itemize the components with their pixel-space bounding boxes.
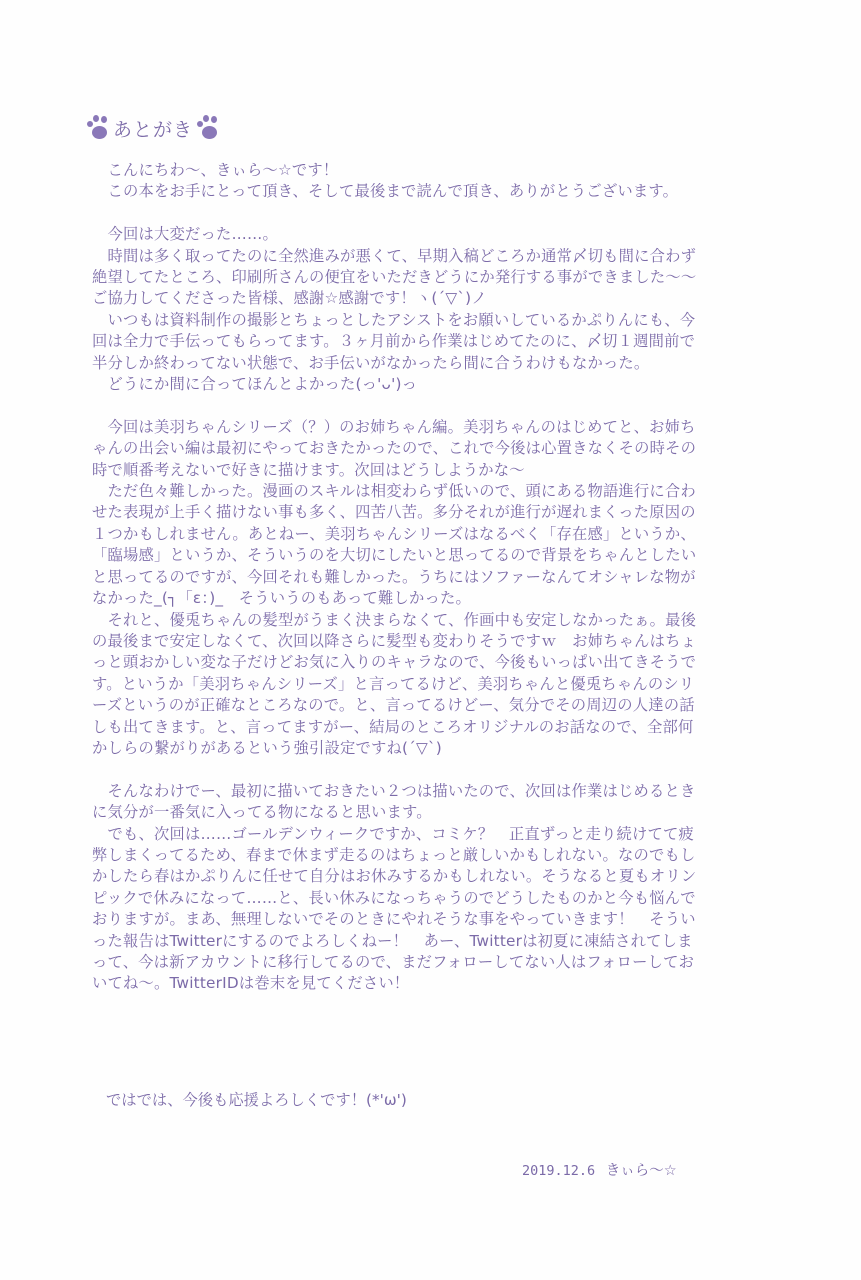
text-line: 回は全力で手伝ってもらってます。３ヶ月前から作業はじめてたのに、〆切１週間前で [92, 331, 732, 352]
text-line: 半分しか終わってない状態で、お手伝いがなかったら間に合うわけもなかった。 [92, 353, 732, 374]
text-line: と思ってるのですが、今回それも難しかった。うちにはソファーなんてオシャレな物が [92, 567, 732, 588]
text-line: この本をお手にとって頂き、そして最後まで読んで頂き、ありがとうございます。 [92, 181, 732, 202]
text-line: 今回は大変だった……。 [92, 224, 732, 245]
text-line: 弊しまくってるため、春まで休まず走るのはちょっと厳しいかもしれない。なのでもし [92, 845, 732, 866]
text-line: 今回は美羽ちゃんシリーズ（？）のお姉ちゃん編。美羽ちゃんのはじめてと、お姉ち [92, 417, 732, 438]
paw-icon [196, 115, 220, 141]
text-line: なかった_(┐「ε：)_ そういうのもあって難しかった。 [92, 588, 732, 609]
afterword-page: あとがき こんにちわ〜、きぃら〜☆です！ この本をお手にとって頂き、そして最後ま… [0, 0, 861, 1280]
text-line: ただ色々難しかった。漫画のスキルは相変わらず低いので、頭にある物語進行に合わ [92, 481, 732, 502]
paragraph-gap [92, 203, 732, 224]
paragraph: 今回は美羽ちゃんシリーズ（？）のお姉ちゃん編。美羽ちゃんのはじめてと、お姉ちゃん… [92, 417, 732, 760]
afterword-heading: あとがき [86, 113, 220, 143]
signature-date: 2019.12.6 [522, 1163, 595, 1179]
text-line: 時間は多く取ってたのに全然進みが悪くて、早期入稿どころか通常〆切も間に合わず [92, 246, 732, 267]
text-line: 「臨場感」というか、そういうのを大切にしたいと思ってるので背景をちゃんとしたい [92, 545, 732, 566]
text-line: こんにちわ〜、きぃら〜☆です！ [92, 160, 732, 181]
paragraph-gap [92, 759, 732, 780]
text-line: それと、優兎ちゃんの髪型がうまく決まらなくて、作画中も安定しなかったぁ。最後 [92, 610, 732, 631]
signature-name: きぃら〜☆ [606, 1163, 677, 1179]
paragraph: 今回は大変だった……。 時間は多く取ってたのに全然進みが悪くて、早期入稿どころか… [92, 224, 732, 395]
text-line: せた表現が上手く描けない事も多く、四苦八苦。多分それが進行が遅れまくった原因の [92, 502, 732, 523]
paragraph: こんにちわ〜、きぃら〜☆です！ この本をお手にとって頂き、そして最後まで読んで頂… [92, 160, 732, 203]
text-line: 時で順番考えないで好きに描けます。次回はどうしようかな〜 [92, 460, 732, 481]
text-line: どうにか間に合ってほんとよかった(っ'ᴗ')っ [92, 374, 732, 395]
text-line: ーズというのが正確なところなので。と、言ってるけどー、気分でその周辺の人達の話 [92, 695, 732, 716]
text-line: そんなわけでー、最初に描いておきたい２つは描いたので、次回は作業はじめるとき [92, 781, 732, 802]
afterword-body: こんにちわ〜、きぃら〜☆です！ この本をお手にとって頂き、そして最後まで読んで頂… [92, 160, 732, 995]
page-title: あとがき [113, 115, 193, 142]
paragraph-gap [92, 395, 732, 416]
text-line: いつもは資料制作の撮影とちょっとしたアシストをお願いしているかぷりんにも、今 [92, 310, 732, 331]
text-line: った報告はTwitterにするのでよろしくねー！ あー、Twitterは初夏に凍… [92, 931, 732, 952]
text-line: いてね〜。TwitterIDは巻末を見てください！ [92, 973, 732, 994]
text-line: っと頭おかしい変な子だけどお気に入りのキャラなので、今後もいっぱい出てきそうで [92, 652, 732, 673]
text-line: に気分が一番気に入ってる物になると思います。 [92, 802, 732, 823]
signature: 2019.12.6 きぃら〜☆ [522, 1159, 677, 1180]
text-line: しも出てきます。と、言ってますがー、結局のところオリジナルのお話なので、全部何 [92, 717, 732, 738]
text-line: １つかもしれません。あとねー、美羽ちゃんシリーズはなるべく「存在感」というか、 [92, 524, 732, 545]
text-line: って、今は新アカウントに移行してるので、まだフォローしてない人はフォローしてお [92, 952, 732, 973]
text-line: おりますが。まあ、無理しないでそのときにやれそうな事をやっていきます！ そうい [92, 909, 732, 930]
text-line: ゃんの出会い編は最初にやっておきたかったので、これで今後は心置きなくその時その [92, 438, 732, 459]
paw-icon [86, 115, 110, 141]
text-line: 絶望してたところ、印刷所さんの便宜をいただきどうにか発行する事ができました〜〜 [92, 267, 732, 288]
text-line: す。というか「美羽ちゃんシリーズ」と言ってるけど、美羽ちゃんと優兎ちゃんのシリ [92, 674, 732, 695]
text-line: かしらの繋がりがあるという強引設定ですね(´▽`) [92, 738, 732, 759]
text-line: ピックで休みになって……と、長い休みになっちゃうのでどうしたものかと今も悩んで [92, 888, 732, 909]
closing-line: ではでは、今後も応援よろしくです！(*'ω') [106, 1088, 407, 1110]
text-line: ご協力してくださった皆様、感謝☆感謝です！ヽ(´▽`)ノ [92, 288, 732, 309]
text-line: かしたら春はかぷりんに任せて自分はお休みするかもしれない。そうなると夏もオリン [92, 866, 732, 887]
text-line: の最後まで安定しなくて、次回以降さらに髪型も変わりそうですｗ お姉ちゃんはちょ [92, 631, 732, 652]
text-line: でも、次回は……ゴールデンウィークですか、コミケ？ 正直ずっと走り続けてて疲 [92, 824, 732, 845]
paragraph: そんなわけでー、最初に描いておきたい２つは描いたので、次回は作業はじめるときに気… [92, 781, 732, 995]
